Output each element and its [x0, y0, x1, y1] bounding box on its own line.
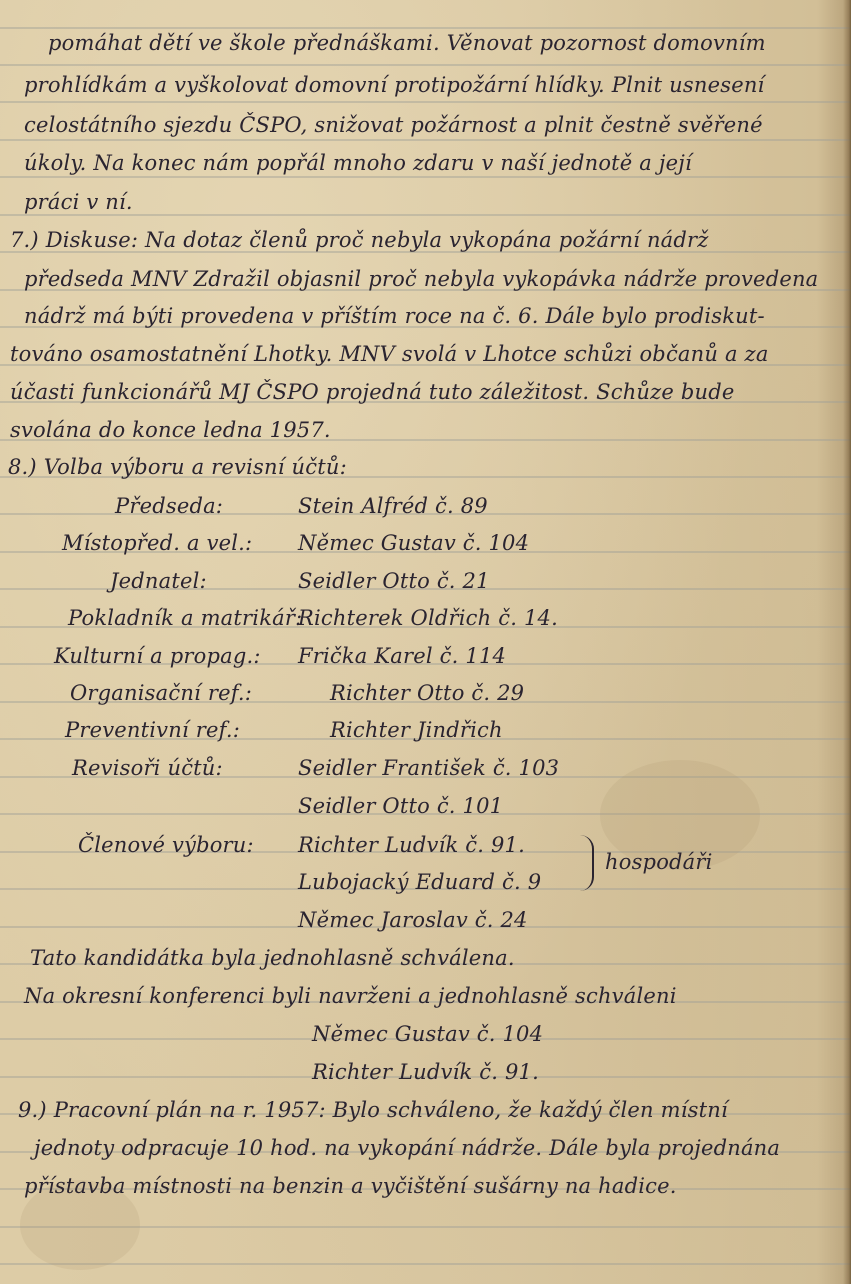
- text-line: Richter Ludvík č. 91.: [312, 1060, 539, 1084]
- committee-name: Stein Alfréd č. 89: [298, 494, 488, 518]
- ruled-line: [0, 101, 851, 103]
- committee-role: Kulturní a propag.:: [54, 644, 261, 668]
- committee-role: Jednatel:: [110, 569, 207, 593]
- committee-name: Němec Jaroslav č. 24: [298, 908, 528, 932]
- text-line: prohlídkám a vyškolovat domovní protipož…: [24, 73, 764, 97]
- committee-name: Němec Gustav č. 104: [298, 531, 529, 555]
- brace-note: hospodáři: [605, 850, 713, 874]
- text-line: práci v ní.: [24, 190, 133, 214]
- text-line: Na okresní konferenci byli navrženi a je…: [24, 984, 677, 1008]
- text-line: celostátního sjezdu ČSPO, snižovat požár…: [24, 113, 763, 137]
- committee-name: Frička Karel č. 114: [298, 644, 506, 668]
- page-edge: [843, 0, 851, 1284]
- committee-name: Seidler František č. 103: [298, 756, 559, 780]
- ruled-line: [0, 64, 851, 66]
- committee-role: Předseda:: [115, 494, 223, 518]
- committee-name: Lubojacký Eduard č. 9: [298, 870, 541, 894]
- committee-role: Preventivní ref.:: [65, 718, 240, 742]
- text-line: úkoly. Na konec nám popřál mnoho zdaru v…: [24, 151, 692, 175]
- notebook-page: pomáhat dětí ve škole přednáškami. Věnov…: [0, 0, 851, 1284]
- committee-role: Místopřed. a vel.:: [62, 531, 252, 555]
- committee-name: Richter Ludvík č. 91.: [298, 833, 525, 857]
- committee-name: Seidler Otto č. 101: [298, 794, 503, 818]
- ruled-line: [0, 176, 851, 178]
- committee-role: Pokladník a matrikář:: [68, 606, 302, 630]
- text-line: předseda MNV Zdražil objasnil proč nebyl…: [24, 267, 818, 291]
- ruled-line: [0, 214, 851, 216]
- text-line: Němec Gustav č. 104: [312, 1022, 543, 1046]
- ruled-line: [0, 1263, 851, 1265]
- text-line: továno osamostatnění Lhotky. MNV svolá v…: [10, 342, 769, 366]
- section-heading-9: 9.) Pracovní plán na r. 1957: Bylo schvá…: [18, 1098, 728, 1122]
- committee-name: Richter Otto č. 29: [330, 681, 524, 705]
- bracket: [578, 835, 594, 891]
- text-line: účasti funkcionářů MJ ČSPO projedná tuto…: [10, 380, 735, 404]
- text-line: jednoty odpracuje 10 hod. na vykopání ná…: [34, 1136, 780, 1160]
- section-heading-8: 8.) Volba výboru a revisní účtů:: [8, 455, 347, 479]
- committee-name: Seidler Otto č. 21: [298, 569, 490, 593]
- committee-role: Organisační ref.:: [70, 681, 252, 705]
- committee-name: Richterek Oldřich č. 14.: [298, 606, 558, 630]
- ruled-line: [0, 27, 851, 29]
- text-line: nádrž má býti provedena v příštím roce n…: [24, 304, 765, 328]
- text-line: Tato kandidátka byla jednohlasně schvále…: [30, 946, 515, 970]
- text-line: pomáhat dětí ve škole přednáškami. Věnov…: [48, 31, 766, 55]
- committee-role: Členové výboru:: [78, 833, 254, 857]
- text-line: svolána do konce ledna 1957.: [10, 418, 331, 442]
- text-line: přístavba místnosti na benzin a vyčištěn…: [24, 1174, 677, 1198]
- committee-role: Revisoři účtů:: [72, 756, 223, 780]
- section-heading-7: 7.) Diskuse: Na dotaz členů proč nebyla …: [10, 228, 709, 252]
- ruled-line: [0, 139, 851, 141]
- committee-name: Richter Jindřich: [330, 718, 503, 742]
